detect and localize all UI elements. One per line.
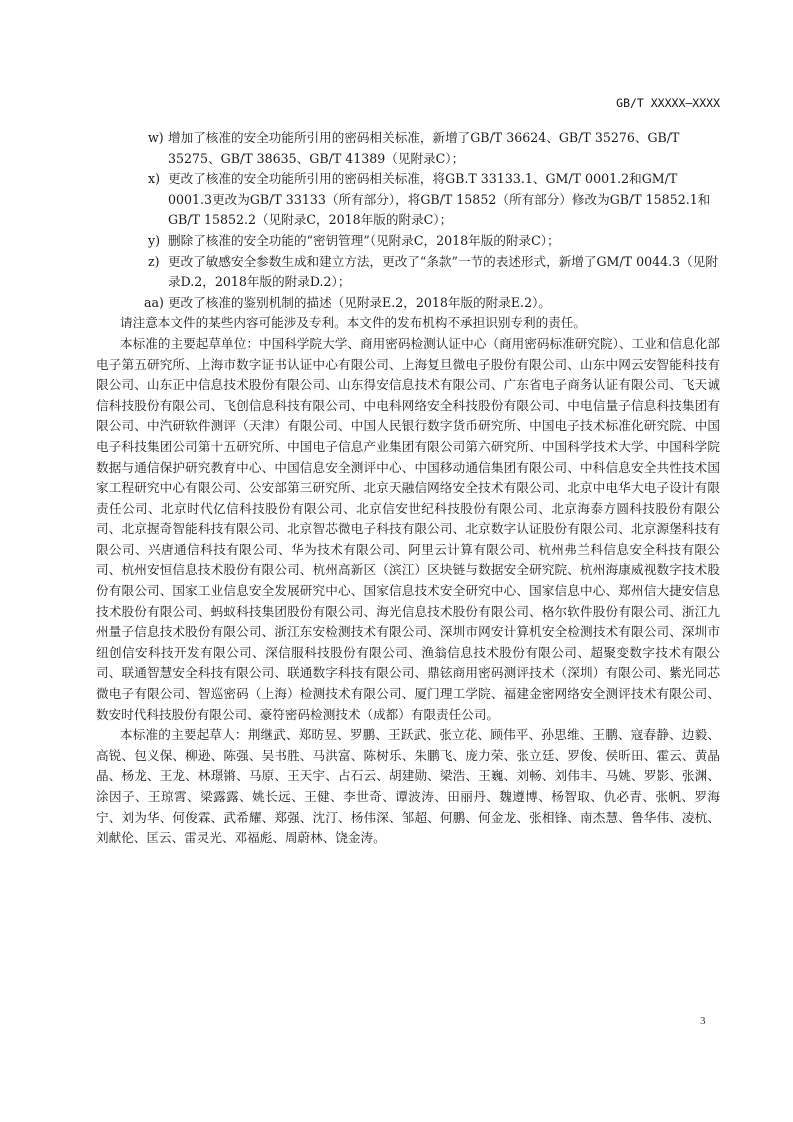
list-label: w) bbox=[148, 128, 164, 149]
change-item-x: x) 更改了核准的安全功能所引用的密码相关标准，将GB.T 33133.1、GM… bbox=[96, 169, 720, 231]
list-label: aa) bbox=[144, 295, 164, 310]
standard-code-header: GB/T XXXXX—XXXX bbox=[616, 96, 720, 110]
document-body: w) 增加了核准的安全功能所引用的密码相关标准，新增了GB/T 36624、GB… bbox=[96, 128, 720, 849]
list-label: x) bbox=[148, 169, 160, 190]
list-label: z) bbox=[148, 252, 160, 273]
list-label: y) bbox=[148, 231, 160, 252]
change-item-aa: aa) 更改了核准的鉴别机制的描述（见附录E.2，2018年版的附录E.2）。 bbox=[96, 293, 720, 314]
list-text: 更改了核准的安全功能所引用的密码相关标准，将GB.T 33133.1、GM/T … bbox=[168, 171, 710, 227]
patent-notice-paragraph: 请注意本文件的某些内容可能涉及专利。本文件的发布机构不承担识别专利的责任。 bbox=[96, 313, 720, 334]
change-item-y: y) 删除了核准的安全功能的“密钥管理”（见附录C，2018年版的附录C）； bbox=[96, 231, 720, 252]
page-number: 3 bbox=[700, 1015, 706, 1027]
drafters-paragraph: 本标准的主要起草人：荆继武、郑昉昱、罗鹏、王跃武、张立花、顾伟平、孙思维、王鹏、… bbox=[96, 725, 720, 849]
list-text: 增加了核准的安全功能所引用的密码相关标准，新增了GB/T 36624、GB/T … bbox=[168, 130, 679, 166]
list-text: 更改了敏感安全参数生成和建立方法，更改了“条款”一节的表述形式，新增了GM/T … bbox=[168, 254, 718, 290]
drafting-units-paragraph: 本标准的主要起草单位：中国科学院大学、商用密码检测认证中心（商用密码标准研究院）… bbox=[96, 334, 720, 725]
change-item-w: w) 增加了核准的安全功能所引用的密码相关标准，新增了GB/T 36624、GB… bbox=[96, 128, 720, 169]
change-item-z: z) 更改了敏感安全参数生成和建立方法，更改了“条款”一节的表述形式，新增了GM… bbox=[96, 252, 720, 293]
list-text: 更改了核准的鉴别机制的描述（见附录E.2，2018年版的附录E.2）。 bbox=[168, 295, 551, 310]
list-text: 删除了核准的安全功能的“密钥管理”（见附录C，2018年版的附录C）； bbox=[168, 233, 560, 248]
